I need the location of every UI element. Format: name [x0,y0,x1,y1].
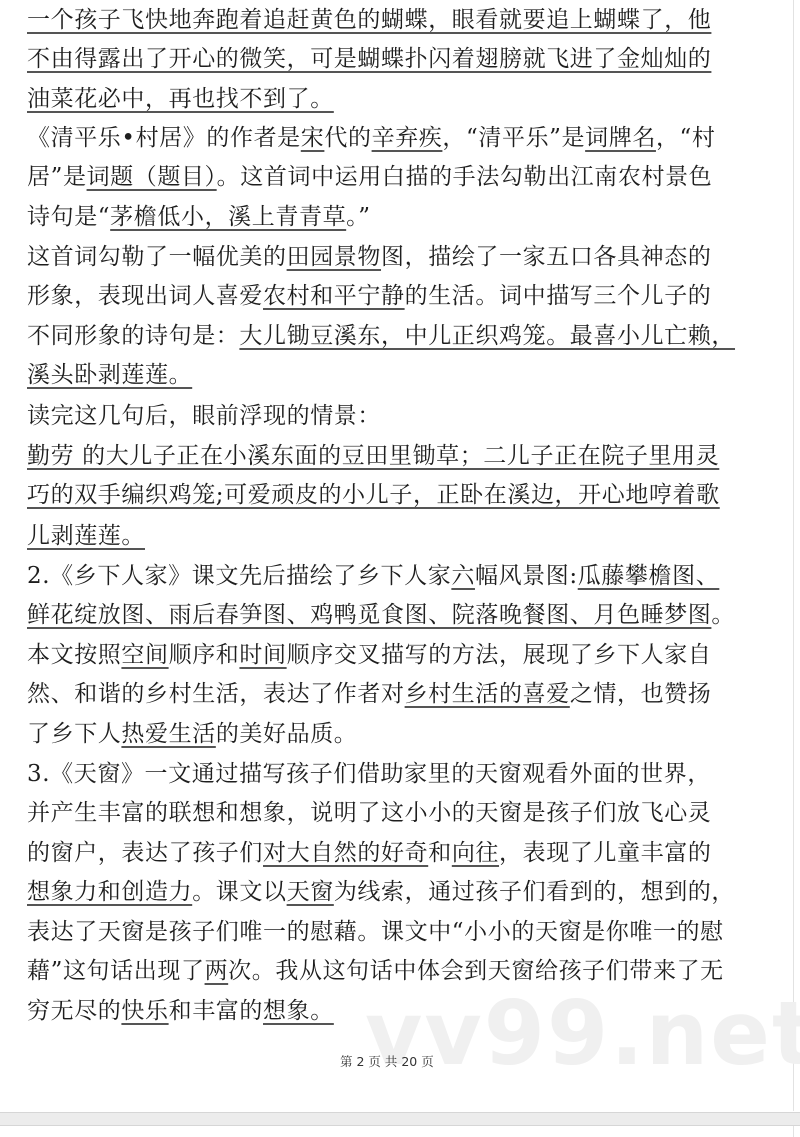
page-separator [0,1112,800,1126]
text-line: 想象力和创造力。课文以天窗为线索，通过孩子们看到的，想到的， [27,873,735,912]
text-line: 一个孩子飞快地奔跑着追赶黄色的蝴蝶，眼看就要追上蝴蝶了，他 [27,1,711,40]
underlined-answer: 想象力和创造力 [27,879,192,905]
text-line: 穷无尽的快乐和丰富的想象。 [27,992,334,1031]
text-segment: 幅风景图: [475,563,578,589]
text-segment: 了乡下人 [27,721,121,747]
text-line: 鲜花绽放图、雨后春笋图、鸡鸭觅食图、院落晚餐图、月色睡梦图。 [27,596,735,635]
underlined-answer: 词题（题目） [87,164,217,190]
underlined-answer: 田园景物 [287,244,381,270]
underlined-answer: 对大自然的好奇 [263,840,428,866]
text-segment: 形象，表现出词人喜爱 [27,283,263,309]
text-line: 读完这几句后，眼前浮现的情景： [27,397,381,436]
text-segment: 这首词勾勒了一幅优美的 [27,244,287,270]
text-segment: 3.《天窗》一文通过描写孩子们借助家里的天窗观看外面的世界， [27,761,711,787]
text-line: 勤劳 的大儿子正在小溪东面的豆田里锄草；二儿子正在院子里用灵 [27,437,719,476]
text-segment: ，“清平乐”是 [442,125,585,151]
text-line: 儿剥莲莲。 [27,517,145,556]
underlined-answer: 两 [205,958,229,984]
text-line: 诗句是“茅檐低小，溪上青青草。” [27,198,371,237]
text-line: 了乡下人热爱生活的美好品质。 [27,715,357,754]
underlined-answer: 瓜藤攀檐图、 [578,563,720,589]
text-segment: 藉”这句话出现了 [27,958,205,984]
text-segment: 并产生丰富的联想和想象，说明了这小小的天窗是孩子们放飞心灵 [27,800,711,826]
underlined-answer: 儿剥莲莲。 [27,523,145,549]
text-segment: 。这首词中运用白描的手法勾勒出江南农村景色 [217,164,713,190]
text-segment: 不同形象的诗句是： [27,323,239,349]
text-line: 这首词勾勒了一幅优美的田园景物图，描绘了一家五口各具神态的 [27,238,711,277]
text-segment: 然、和谐的乡村生活，表达了作者对 [27,681,405,707]
text-line: 不同形象的诗句是：大儿锄豆溪东，中儿正织鸡笼。最喜小儿亡赖， [27,317,735,356]
underlined-answer: 大儿锄豆溪东，中儿正织鸡笼。最喜小儿亡赖， [239,323,735,349]
underlined-answer: 想象。 [263,998,334,1024]
text-line: 不由得露出了开心的微笑，可是蝴蝶扑闪着翅膀就飞进了金灿灿的 [27,40,711,79]
text-segment: 次。我从这句话中体会到天窗给孩子们带来了无 [228,958,724,984]
next-page-edge [0,1126,794,1137]
text-segment: 。课文以 [192,879,286,905]
document-page: 一个孩子飞快地奔跑着追赶黄色的蝴蝶，眼看就要追上蝴蝶了，他不由得露出了开心的微笑… [0,0,794,1111]
text-segment: 《清平乐•村居》的作者是 [27,125,301,151]
underlined-answer: 溪头卧剥莲莲。 [27,362,192,388]
text-line: 溪头卧剥莲莲。 [27,356,192,395]
underlined-answer: 宋 [301,125,325,151]
text-segment: 的窗户，表达了孩子们 [27,840,263,866]
text-segment: 读完这几句后，眼前浮现的情景： [27,403,381,429]
text-line: 2.《乡下人家》课文先后描绘了乡下人家六幅风景图:瓜藤攀檐图、 [27,557,719,596]
text-segment: 图，描绘了一家五口各具神态的 [381,244,711,270]
underlined-answer: 油菜花必中，再也找不到了。 [27,86,334,112]
text-line: 本文按照空间顺序和时间顺序交叉描写的方法，展现了乡下人家自 [27,636,711,675]
text-segment: 本文按照 [27,642,121,668]
text-segment: 诗句是“ [27,204,110,230]
text-segment: 顺序交叉描写的方法，展现了乡下人家自 [287,642,712,668]
underlined-answer: 茅檐低小，溪上青青草 [110,204,346,230]
text-segment: 的美好品质。 [216,721,358,747]
text-segment: 。” [346,204,370,230]
text-segment: 的生活。词中描写三个儿子的 [405,283,712,309]
text-segment: 和 [428,840,452,866]
underlined-answer: 不由得露出了开心的微笑，可是蝴蝶扑闪着翅膀就飞进了金灿灿的 [27,46,711,72]
text-line: 表达了天窗是孩子们唯一的慰藉。课文中“小小的天窗是你唯一的慰 [27,913,724,952]
text-segment: 。 [711,602,735,628]
page-number-footer: 第 2 页 共 20 页 [340,1052,434,1070]
text-line: 并产生丰富的联想和想象，说明了这小小的天窗是孩子们放飞心灵 [27,794,711,833]
underlined-answer: 鲜花绽放图、雨后春笋图、鸡鸭觅食图、院落晚餐图、月色睡梦图 [27,602,711,628]
text-line: 然、和谐的乡村生活，表达了作者对乡村生活的喜爱之情，也赞扬 [27,675,711,714]
text-segment: 表达了天窗是孩子们唯一的慰藉。课文中“小小的天窗是你唯一的慰 [27,919,724,945]
underlined-answer: 词牌名 [585,125,656,151]
text-segment: 和丰富的 [169,998,263,1024]
underlined-answer: 巧的双手编织鸡笼;可爱顽皮的小儿子，正卧在溪边，开心地哼着歌 [27,482,720,508]
underlined-answer: 一个孩子飞快地奔跑着追赶黄色的蝴蝶，眼看就要追上蝴蝶了，他 [27,7,711,33]
text-segment: 居”是 [27,164,87,190]
text-line: 的窗户，表达了孩子们对大自然的好奇和向往，表现了儿童丰富的 [27,834,711,873]
text-segment: ，表现了儿童丰富的 [499,840,711,866]
underlined-answer: 时间 [239,642,286,668]
underlined-answer: 勤劳 的大儿子正在小溪东面的豆田里锄草；二儿子正在院子里用灵 [27,443,719,469]
text-segment: 之情，也赞扬 [570,681,712,707]
underlined-answer: 快乐 [121,998,168,1024]
text-line: 巧的双手编织鸡笼;可爱顽皮的小儿子，正卧在溪边，开心地哼着歌 [27,476,720,515]
text-segment: 穷无尽的 [27,998,121,1024]
underlined-answer: 六 [451,563,475,589]
text-line: 形象，表现出词人喜爱农村和平宁静的生活。词中描写三个儿子的 [27,277,711,316]
text-line: 《清平乐•村居》的作者是宋代的辛弃疾，“清平乐”是词牌名，“村 [27,119,716,158]
text-segment: 代的 [324,125,371,151]
text-segment: 2.《乡下人家》课文先后描绘了乡下人家 [27,563,451,589]
text-line: 油菜花必中，再也找不到了。 [27,80,334,119]
underlined-answer: 空间 [121,642,168,668]
underlined-answer: 天窗 [287,879,334,905]
text-segment: 为线索，通过孩子们看到的，想到的， [334,879,735,905]
text-line: 3.《天窗》一文通过描写孩子们借助家里的天窗观看外面的世界， [27,755,711,794]
underlined-answer: 热爱生活 [121,721,215,747]
text-segment: ，“村 [656,125,716,151]
text-line: 居”是词题（题目）。这首词中运用白描的手法勾勒出江南农村景色 [27,158,712,197]
text-segment: 顺序和 [169,642,240,668]
underlined-answer: 向往 [452,840,499,866]
underlined-answer: 乡村生活的喜爱 [405,681,570,707]
underlined-answer: 农村和平宁静 [263,283,405,309]
underlined-answer: 辛弃疾 [372,125,443,151]
